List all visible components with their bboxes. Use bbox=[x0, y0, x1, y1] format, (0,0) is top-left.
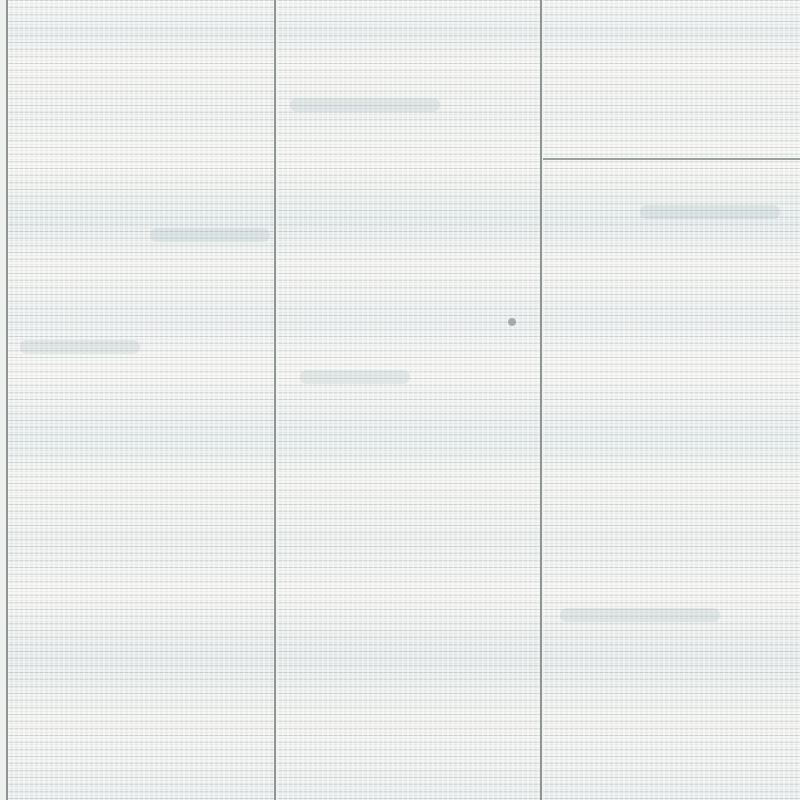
paint-wash bbox=[20, 340, 140, 354]
wood-plank-texture bbox=[0, 0, 800, 800]
paint-wash bbox=[640, 205, 780, 219]
paint-wash bbox=[150, 228, 270, 242]
plank-middle bbox=[277, 0, 540, 800]
wood-knot bbox=[508, 318, 516, 326]
plank-seam bbox=[274, 0, 276, 800]
plank-left bbox=[8, 0, 274, 800]
paint-wash bbox=[290, 98, 440, 112]
plank-seam bbox=[6, 0, 8, 800]
plank-right bbox=[543, 0, 800, 800]
horizontal-seam bbox=[543, 158, 800, 160]
paint-wash bbox=[560, 608, 720, 622]
plank-seam bbox=[540, 0, 542, 800]
paint-wash bbox=[300, 370, 410, 384]
